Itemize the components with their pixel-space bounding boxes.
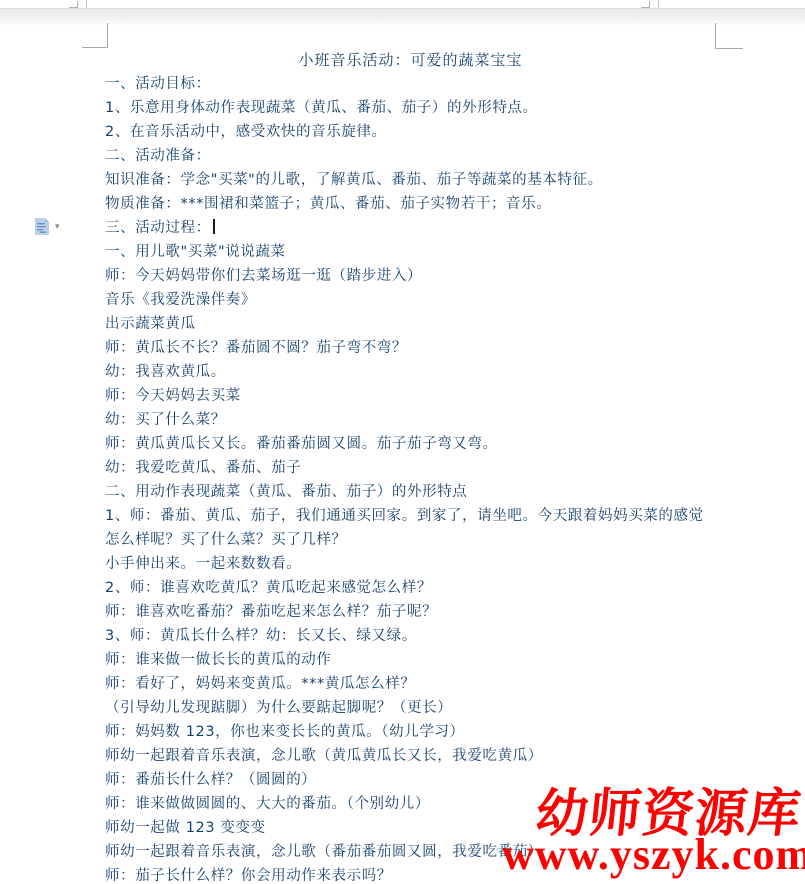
document-line[interactable]: 三、活动过程： — [105, 216, 716, 240]
document-line[interactable]: 3、师：黄瓜长什么样？幼：长又长、绿又绿。 — [105, 624, 716, 648]
document-line[interactable]: 师幼一起跟着音乐表演，念儿歌（番茄番茄圆又圆，我爱吃番茄） — [105, 840, 716, 864]
document-line-text: 师：茄子长什么样？你会用动作来表示吗？ — [105, 868, 392, 884]
crop-mark-top-right — [715, 23, 743, 49]
document-line[interactable]: 师：妈妈数 123，你也来变长长的黄瓜。（幼儿学习） — [105, 720, 716, 744]
document-line-text: 出示蔬菜黄瓜 — [105, 316, 196, 332]
paste-options-button[interactable]: ▾ — [35, 218, 67, 240]
document-line[interactable]: 师：茄子长什么样？你会用动作来表示吗？ — [105, 864, 716, 884]
document-line-text: 幼：买了什么菜？ — [105, 412, 226, 428]
page-edge-line — [658, 0, 659, 8]
document-line-text: 二、用动作表现蔬菜（黄瓜、番茄、茄子）的外形特点 — [105, 484, 467, 500]
document-line[interactable]: 师：今天妈妈去买菜 — [105, 384, 716, 408]
document-line-text: 师：番茄长什么样？（圆圆的） — [105, 772, 316, 788]
document-line-text: 师：谁来做做圆圆的、大大的番茄。（个别幼儿） — [105, 796, 430, 812]
document-line-text: 一、活动目标： — [105, 76, 211, 92]
document-line[interactable]: 1、师：番茄、黄瓜、茄子，我们通通买回家。到家了，请坐吧。今天跟着妈妈买菜的感觉 — [105, 504, 716, 528]
crop-mark-top-left — [82, 23, 108, 48]
document-line[interactable]: 知识准备：学念"买菜"的儿歌，了解黄瓜、番茄、茄子等蔬菜的基本特征。 — [105, 168, 716, 192]
document-line[interactable]: 师：今天妈妈带你们去菜场逛一逛（踏步进入） — [105, 264, 716, 288]
document-line-text: 师幼一起跟着音乐表演，念儿歌（番茄番茄圆又圆，我爱吃番茄） — [105, 844, 543, 860]
document-line-text: 师：黄瓜黄瓜长又长。番茄番茄圆又圆。茄子茄子弯又弯。 — [105, 436, 498, 452]
paste-options-icon — [35, 218, 49, 235]
document-line[interactable]: 师幼一起做 123 变变变 — [105, 816, 716, 840]
document-line[interactable]: 师：谁来做做圆圆的、大大的番茄。（个别幼儿） — [105, 792, 716, 816]
document-line[interactable]: 师：谁喜欢吃番茄？番茄吃起来怎么样？茄子呢？ — [105, 600, 716, 624]
document-line[interactable]: 音乐《我爱洗澡伴奏》 — [105, 288, 716, 312]
document-lines: 一、活动目标：1、乐意用身体动作表现蔬菜（黄瓜、番茄、茄子）的外形特点。2、在音… — [105, 72, 716, 884]
document-line[interactable]: 2、师：谁喜欢吃黄瓜？黄瓜吃起来感觉怎么样？ — [105, 576, 716, 600]
document-line-text: 师：黄瓜长不长？番茄圆不圆？茄子弯不弯？ — [105, 340, 407, 356]
document-line[interactable]: 师：番茄长什么样？（圆圆的） — [105, 768, 716, 792]
document-line-text: 师：看好了，妈妈来变黄瓜。***黄瓜怎么样？ — [105, 676, 415, 692]
document-line[interactable]: 物质准备：***围裙和菜篮子；黄瓜、番茄、茄子实物若干；音乐。 — [105, 192, 716, 216]
previous-page-row — [0, 0, 805, 8]
document-line[interactable]: 幼：我爱吃黄瓜、番茄、茄子 — [105, 456, 716, 480]
page-corner-mark — [69, 1, 78, 8]
document-line-text: 幼：我爱吃黄瓜、番茄、茄子 — [105, 460, 301, 476]
chevron-down-icon: ▾ — [55, 221, 60, 233]
document-line-text: 知识准备：学念"买菜"的儿歌，了解黄瓜、番茄、茄子等蔬菜的基本特征。 — [105, 172, 603, 188]
document-line-text: 1、师：番茄、黄瓜、茄子，我们通通买回家。到家了，请坐吧。今天跟着妈妈买菜的感觉 — [105, 508, 704, 524]
document-line[interactable]: 师幼一起跟着音乐表演，念儿歌（黄瓜黄瓜长又长，我爱吃黄瓜） — [105, 744, 716, 768]
document-line-text: 师：今天妈妈去买菜 — [105, 388, 241, 404]
document-line-text: 怎么样呢？买了什么菜？买了几样？ — [105, 532, 347, 548]
document-line-text: 一、用儿歌"买菜"说说蔬菜 — [105, 244, 286, 260]
document-line[interactable]: 1、乐意用身体动作表现蔬菜（黄瓜、番茄、茄子）的外形特点。 — [105, 96, 716, 120]
document-line[interactable]: 一、用儿歌"买菜"说说蔬菜 — [105, 240, 716, 264]
document-line-text: 2、师：谁喜欢吃黄瓜？黄瓜吃起来感觉怎么样？ — [105, 580, 432, 596]
page-corner-mark — [641, 1, 650, 8]
text-area[interactable]: 小班音乐活动：可爱的蔬菜宝宝 一、活动目标：1、乐意用身体动作表现蔬菜（黄瓜、番… — [105, 48, 716, 884]
document-line[interactable]: （引导幼儿发现踮脚）为什么要踮起脚呢？（更长） — [105, 696, 716, 720]
document-line-text: 师幼一起跟着音乐表演，念儿歌（黄瓜黄瓜长又长，我爱吃黄瓜） — [105, 748, 543, 764]
document-line[interactable]: 2、在音乐活动中，感受欢快的音乐旋律。 — [105, 120, 716, 144]
document-line-text: 小手伸出来。一起来数数看。 — [105, 556, 301, 572]
document-line[interactable]: 二、活动准备： — [105, 144, 716, 168]
document-line[interactable]: 小手伸出来。一起来数数看。 — [105, 552, 716, 576]
document-line-text: （引导幼儿发现踮脚）为什么要踮起脚呢？（更长） — [105, 700, 452, 716]
document-line-text: 2、在音乐活动中，感受欢快的音乐旋律。 — [105, 124, 387, 140]
document-line[interactable]: 幼：买了什么菜？ — [105, 408, 716, 432]
text-cursor — [213, 219, 215, 234]
document-line[interactable]: 二、用动作表现蔬菜（黄瓜、番茄、茄子）的外形特点 — [105, 480, 716, 504]
document-line[interactable]: 师：看好了，妈妈来变黄瓜。***黄瓜怎么样？ — [105, 672, 716, 696]
document-line[interactable]: 一、活动目标： — [105, 72, 716, 96]
document-line-text: 音乐《我爱洗澡伴奏》 — [105, 292, 256, 308]
document-line-text: 3、师：黄瓜长什么样？幼：长又长、绿又绿。 — [105, 628, 417, 644]
document-line-text: 师：今天妈妈带你们去菜场逛一逛（踏步进入） — [105, 268, 422, 284]
document-line[interactable]: 师：黄瓜黄瓜长又长。番茄番茄圆又圆。茄子茄子弯又弯。 — [105, 432, 716, 456]
document-line[interactable]: 怎么样呢？买了什么菜？买了几样？ — [105, 528, 716, 552]
page-edge-line — [86, 0, 87, 8]
document-line-text: 物质准备：***围裙和菜篮子；黄瓜、番茄、茄子实物若干；音乐。 — [105, 196, 551, 212]
document-page: ▾ 小班音乐活动：可爱的蔬菜宝宝 一、活动目标：1、乐意用身体动作表现蔬菜（黄瓜… — [0, 25, 805, 884]
document-line[interactable]: 师：黄瓜长不长？番茄圆不圆？茄子弯不弯？ — [105, 336, 716, 360]
document-line-text: 师幼一起做 123 变变变 — [105, 820, 266, 836]
document-line-text: 师：妈妈数 123，你也来变长长的黄瓜。（幼儿学习） — [105, 724, 465, 740]
document-line-text: 二、活动准备： — [105, 148, 211, 164]
document-line[interactable]: 师：谁来做一做长长的黄瓜的动作 — [105, 648, 716, 672]
document-line-text: 1、乐意用身体动作表现蔬菜（黄瓜、番茄、茄子）的外形特点。 — [105, 100, 538, 116]
document-line[interactable]: 幼：我喜欢黄瓜。 — [105, 360, 716, 384]
document-line[interactable]: 出示蔬菜黄瓜 — [105, 312, 716, 336]
page-gap — [0, 8, 805, 25]
document-line-text: 三、活动过程： — [105, 220, 211, 236]
document-line-text: 幼：我喜欢黄瓜。 — [105, 364, 226, 380]
document-line-text: 师：谁喜欢吃番茄？番茄吃起来怎么样？茄子呢？ — [105, 604, 437, 620]
document-title[interactable]: 小班音乐活动：可爱的蔬菜宝宝 — [105, 48, 716, 72]
document-line-text: 师：谁来做一做长长的黄瓜的动作 — [105, 652, 332, 668]
